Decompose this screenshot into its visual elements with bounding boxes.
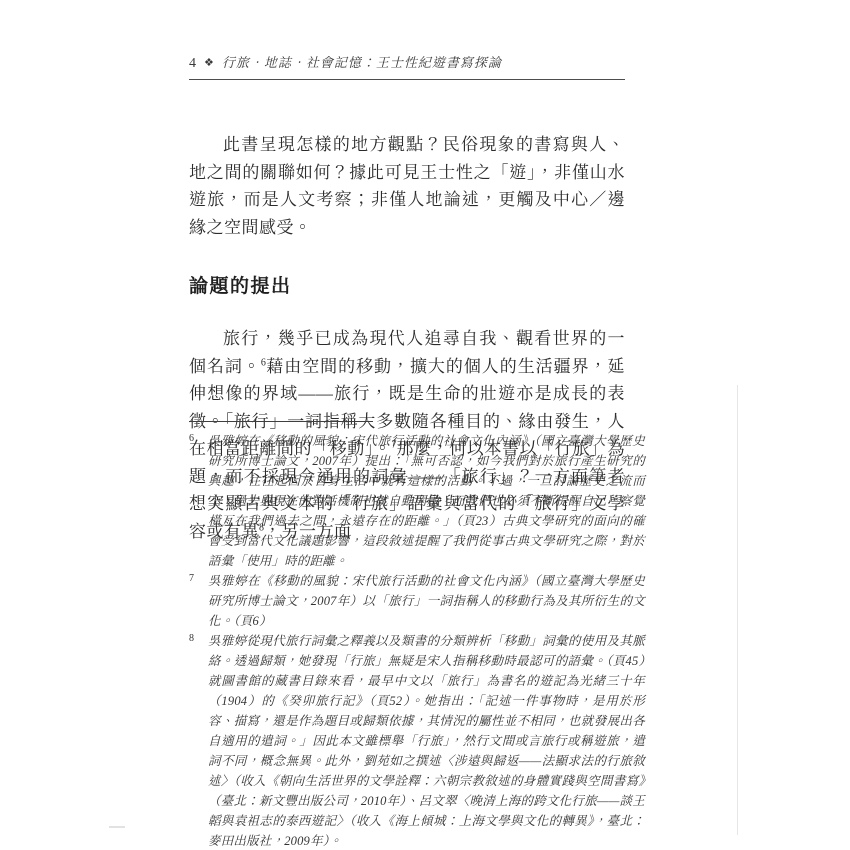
page-edge-mark <box>109 826 125 828</box>
running-header: 4 ❖ 行旅‧地誌‧社會記憶：王士性紀遊書寫探論 <box>189 52 625 80</box>
footnote-8-number: 8 <box>189 629 194 649</box>
footnote-7-number: 7 <box>189 569 194 589</box>
footnote-divider <box>189 421 373 422</box>
footnote-6-text: 吳雅婷在《移動的風貌：宋代旅行活動的社會文化內涵》（國立臺灣大學歷史研究所博士論… <box>208 434 645 568</box>
footnote-7: 7 吳雅婷在《移動的風貌：宋代旅行活動的社會文化內涵》（國立臺灣大學歷史研究所博… <box>187 571 645 631</box>
footnote-8-text: 吳雅婷從現代旅行詞彙之釋義以及類書的分類辨析「移動」詞彙的使用及其脈絡。透過歸類… <box>208 634 645 848</box>
running-title: 行旅‧地誌‧社會記憶：王士性紀遊書寫探論 <box>222 52 502 71</box>
page-number: 4 <box>189 56 197 72</box>
footnotes-section: 6 吳雅婷在《移動的風貌：宋代旅行活動的社會文化內涵》（國立臺灣大學歷史研究所博… <box>187 431 645 850</box>
footnote-6: 6 吳雅婷在《移動的風貌：宋代旅行活動的社會文化內涵》（國立臺灣大學歷史研究所博… <box>187 431 645 571</box>
book-page-scan: 4 ❖ 行旅‧地誌‧社會記憶：王士性紀遊書寫探論 此書呈現怎樣的地方觀點？民俗現… <box>0 0 850 850</box>
section-heading: 論題的提出 <box>189 271 625 298</box>
footnote-7-text: 吳雅婷在《移動的風貌：宋代旅行活動的社會文化內涵》（國立臺灣大學歷史研究所博士論… <box>208 574 645 628</box>
footnote-6-number: 6 <box>189 429 194 449</box>
diamond-ornament-icon: ❖ <box>204 56 215 69</box>
page-edge-line <box>737 385 738 835</box>
footnote-8: 8 吳雅婷從現代旅行詞彙之釋義以及類書的分類辨析「移動」詞彙的使用及其脈絡。透過… <box>187 631 645 850</box>
paragraph-opening: 此書呈現怎樣的地方觀點？民俗現象的書寫與人、地之間的關聯如何？據此可見王士性之「… <box>189 131 625 241</box>
